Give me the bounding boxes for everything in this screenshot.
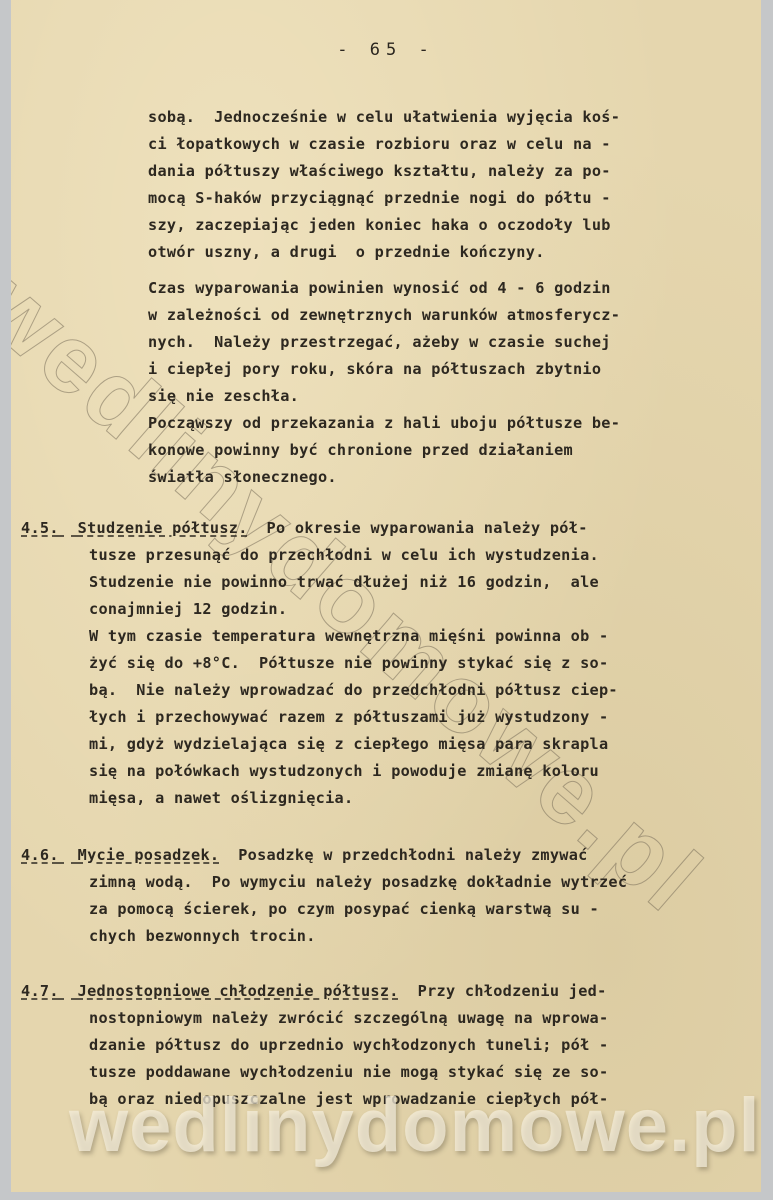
text-line: łych i przechowywać razem z półtuszami j… [89, 707, 608, 727]
text-line: chych bezwonnych trocin. [89, 926, 316, 946]
section-number: 4.6. [21, 846, 59, 864]
text-line: konowe powinny być chronione przed dział… [148, 440, 573, 460]
text-line: bą oraz niedopuszczalne jest wprowadzani… [89, 1089, 608, 1109]
text-line: mocą S-haków przyciągnąć przednie nogi d… [148, 188, 611, 208]
text-line: W tym czasie temperatura wewnętrzna mięś… [89, 626, 608, 646]
section-number: 4.7. [21, 982, 59, 1000]
text-line: sobą. Jednocześnie w celu ułatwienia wyj… [148, 107, 620, 127]
text-line: otwór uszny, a drugi o przednie kończyny… [148, 242, 545, 262]
text-line: żyć się do +8°C. Półtusze nie powinny st… [89, 653, 608, 673]
text-line: mi, gdyż wydzielająca się z ciepłego mię… [89, 734, 608, 754]
text-line: światła słonecznego. [148, 467, 337, 487]
text-line: mięsa, a nawet oślizgnięcia. [89, 788, 353, 808]
text-line: dania półtuszy właściwego kształtu, nale… [148, 161, 611, 181]
section-title: Mycie posadzek. [78, 846, 220, 864]
text-line: nostopniowym należy zwrócić szczególną u… [89, 1008, 608, 1028]
text-line: bą. Nie należy wprowadzać do przedchłodn… [89, 680, 618, 700]
text-line: Począwszy od przekazania z hali uboju pó… [148, 413, 620, 433]
section-title: Jednostopniowe chłodzenie półtusz. [78, 982, 399, 1000]
diagonal-watermark: wedlinydomowe.pl [11, 250, 723, 935]
text-line: dzanie półtusz do uprzednio wychłodzonyc… [89, 1035, 608, 1055]
section-first-line: Posadzkę w przedchłodni należy zmywać [219, 846, 587, 864]
text-line: conajmniej 12 godzin. [89, 599, 287, 619]
text-line: ci łopatkowych w czasie rozbioru oraz w … [148, 134, 611, 154]
section-number: 4.5. [21, 519, 59, 537]
text-line: nych. Należy przestrzegać, ażeby w czasi… [148, 332, 611, 352]
section-first-line: Przy chłodzeniu jed- [399, 982, 607, 1000]
text-line: Czas wyparowania powinien wynosić od 4 -… [148, 278, 611, 298]
text-line: za pomocą ścierek, po czym posypać cienk… [89, 899, 599, 919]
text-line: zimną wodą. Po wymyciu należy posadzkę d… [89, 872, 627, 892]
section-title: Studzenie półtusz. [78, 519, 248, 537]
section-heading-line: 4.6. Mycie posadzek. Posadzkę w przedchł… [21, 845, 588, 865]
section-first-line: Po okresie wyparowania należy pół- [248, 519, 588, 537]
text-line: w zależności od zewnętrznych warunków at… [148, 305, 620, 325]
text-line: Studzenie nie powinno trwać dłużej niż 1… [89, 572, 599, 592]
text-line: tusze przesunąć do przechłodni w celu ic… [89, 545, 599, 565]
text-line: się na połówkach wystudzonych i powoduje… [89, 761, 599, 781]
section-heading-line: 4.5. Studzenie półtusz. Po okresie wypar… [21, 518, 588, 538]
text-line: i ciepłej pory roku, skóra na półtuszach… [148, 359, 601, 379]
text-line: się nie zeschła. [148, 386, 299, 406]
section-heading-line: 4.7. Jednostopniowe chłodzenie półtusz. … [21, 981, 607, 1001]
text-line: tusze poddawane wychłodzeniu nie mogą st… [89, 1062, 608, 1082]
page-number: - 65 - [11, 40, 761, 60]
document-page: wedlinydomowe.pl - 65 - sobą. Jednocześn… [11, 0, 761, 1192]
text-line: szy, zaczepiając jeden koniec haka o ocz… [148, 215, 611, 235]
